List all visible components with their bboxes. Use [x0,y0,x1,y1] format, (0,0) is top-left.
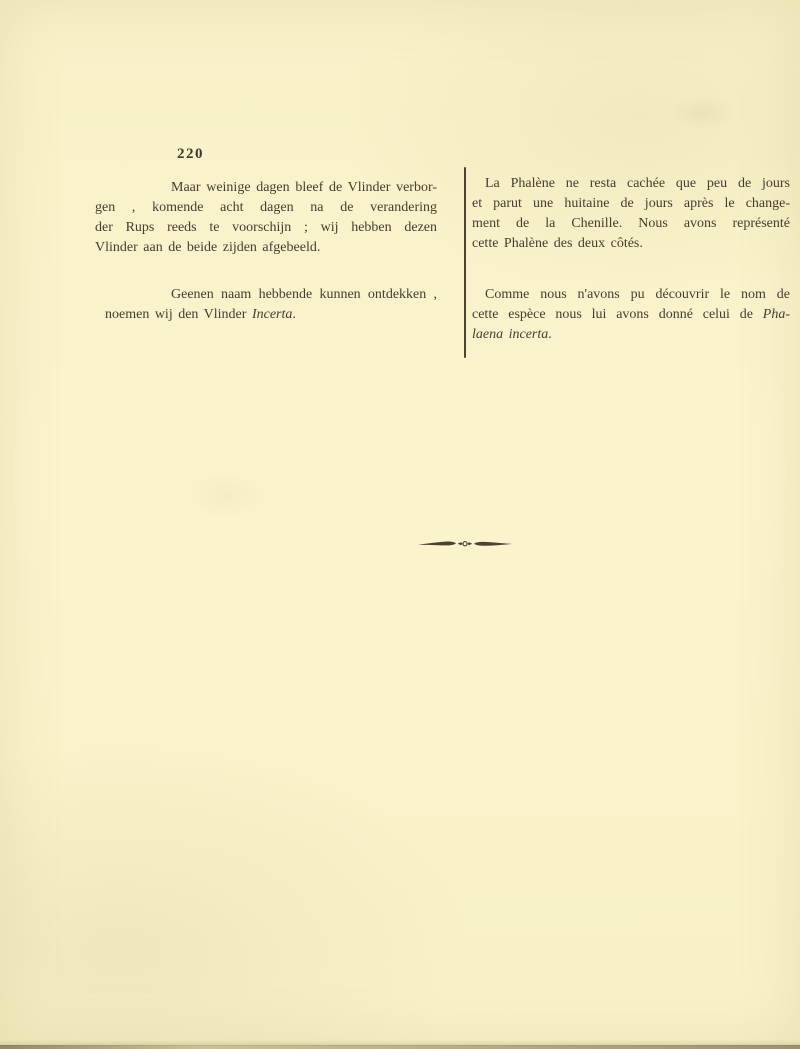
text-segment: La Phalène ne resta cachée que peu de jo… [485,176,790,191]
italic-text-segment: Pha- [763,307,790,322]
text-line: cette espèce nous lui avons donné celui … [472,305,790,325]
text-segment: Geenen naam hebbende kunnen ontdekken , [171,287,437,302]
text-segment: Maar weinige dagen bleef de Vlinder verb… [171,180,437,195]
right-paragraph-2: Comme nous n'avons pu découvrir le nom d… [472,285,790,345]
text-segment: . [292,307,296,322]
column-left: Maar weinige dagen bleef de Vlinder verb… [95,178,437,325]
text-line: gen , komende acht dagen na de veranderi… [95,198,437,218]
text-segment: noemen wij den Vlinder [105,307,252,322]
text-line: Comme nous n'avons pu découvrir le nom d… [472,285,790,305]
text-line: Maar weinige dagen bleef de Vlinder verb… [95,178,437,198]
text-segment: et parut une huitaine de jours après le … [472,196,790,211]
italic-text-segment: Incerta [252,307,292,322]
text-line: Vlinder aan de beide zijden afgebeeld. [95,238,437,258]
text-segment: Vlinder aan de beide zijden afgebeeld. [95,240,320,255]
text-line: ment de la Chenille. Nous avons représen… [472,214,790,234]
text-segment: Comme nous n'avons pu découvrir le nom d… [485,287,790,302]
paper-stain [668,96,738,130]
text-segment: cette Phalène des deux côtés. [472,236,643,251]
section-divider-ornament-icon [418,537,512,551]
left-paragraph-1: Maar weinige dagen bleef de Vlinder verb… [95,178,437,258]
text-line: La Phalène ne resta cachée que peu de jo… [472,174,790,194]
paper-stain [180,470,270,520]
text-segment: der Rups reeds te voorschijn ; wij hebbe… [95,220,437,235]
column-right: La Phalène ne resta cachée que peu de jo… [472,174,790,345]
italic-text-segment: laena incerta [472,327,548,342]
left-paragraph-2: Geenen naam hebbende kunnen ontdekken ,n… [95,285,437,325]
text-segment: gen , komende acht dagen na de veranderi… [95,200,437,215]
page-number: 220 [177,146,204,163]
text-line: noemen wij den Vlinder Incerta. [95,305,437,325]
text-segment: cette espèce nous lui avons donné celui … [472,307,763,322]
text-line: Geenen naam hebbende kunnen ontdekken , [95,285,437,305]
text-line: der Rups reeds te voorschijn ; wij hebbe… [95,218,437,238]
text-line: laena incerta. [472,325,790,345]
right-paragraph-1: La Phalène ne resta cachée que peu de jo… [472,174,790,254]
text-segment: . [548,327,552,342]
column-divider-rule [464,167,466,358]
page-bottom-edge [0,1045,800,1049]
book-page: 220 Maar weinige dagen bleef de Vlinder … [0,0,800,1049]
text-line: cette Phalène des deux côtés. [472,234,790,254]
text-segment: ment de la Chenille. Nous avons représen… [472,216,790,231]
text-line: et parut une huitaine de jours après le … [472,194,790,214]
